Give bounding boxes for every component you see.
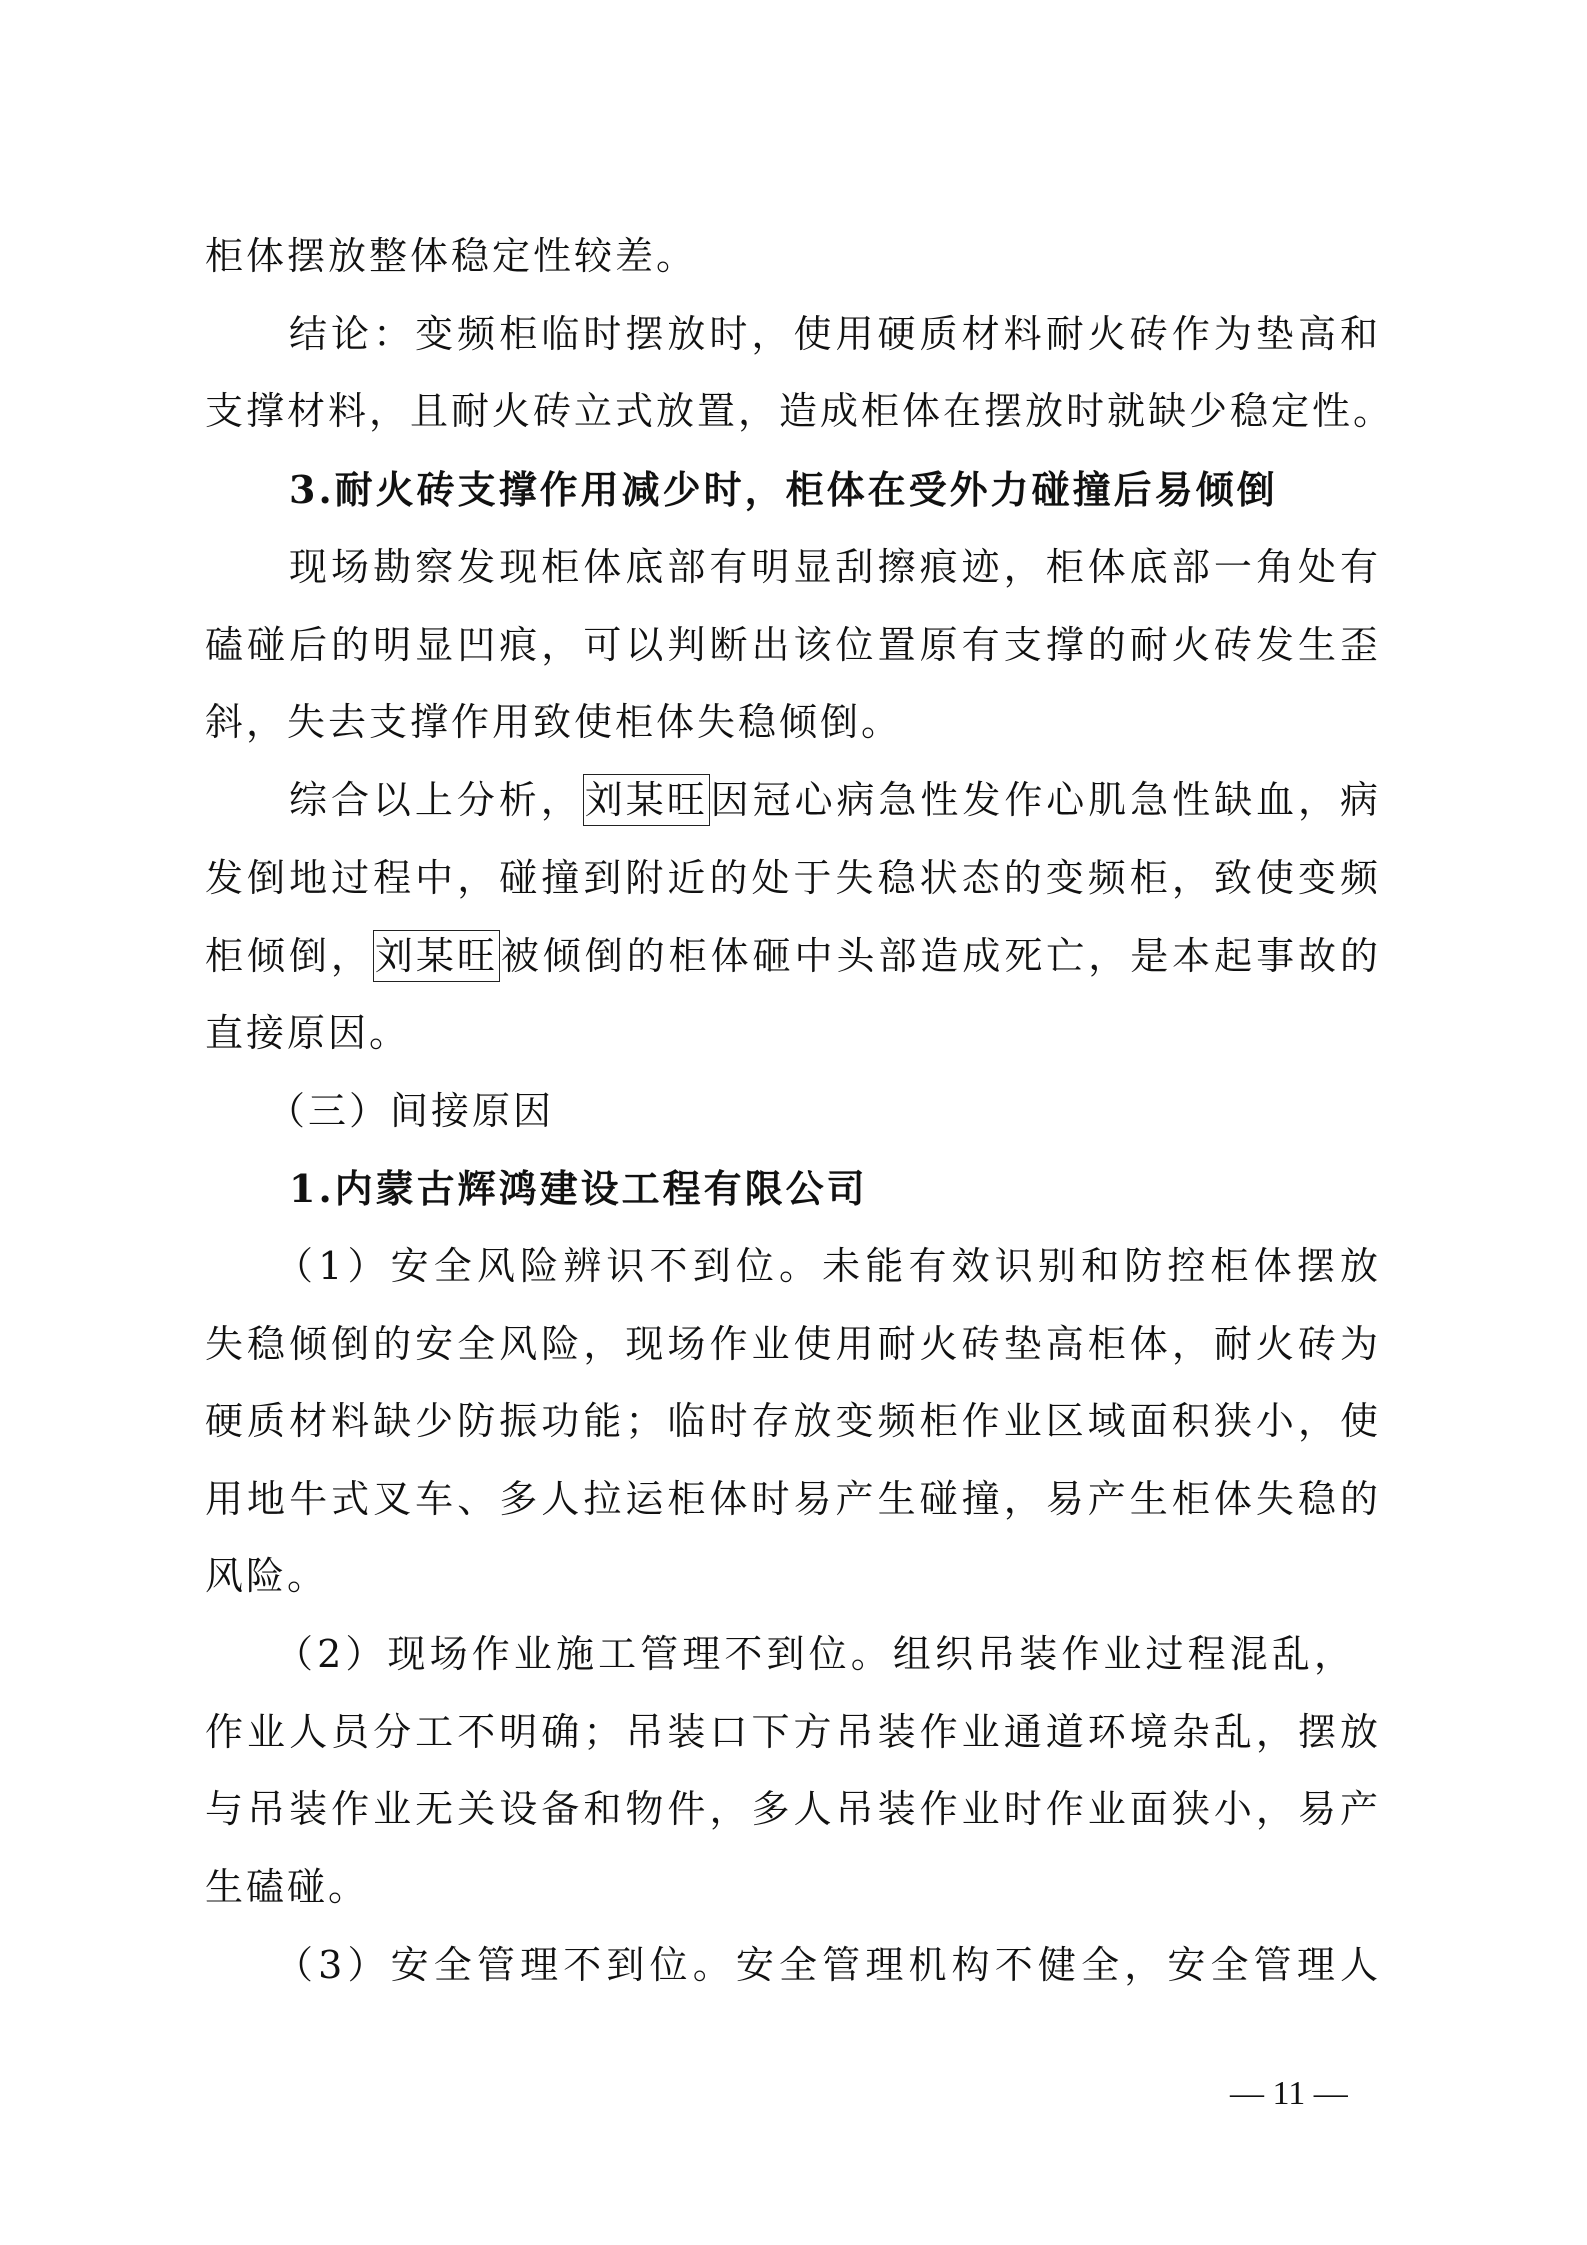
paragraph-line: 磕碰后的明显凹痕，可以判断出该位置原有支撑的耐火砖发生歪 bbox=[205, 607, 1381, 684]
section-heading-indirect-causes: （三）间接原因 bbox=[267, 1073, 554, 1150]
paragraph-line: 风险。 bbox=[205, 1538, 328, 1615]
page-number: — 11 — bbox=[1230, 2075, 1348, 2113]
paragraph-line: 硬质材料缺少防振功能；临时存放变频柜作业区域面积狭小，使 bbox=[205, 1383, 1381, 1460]
redacted-name-box: 刘某旺 bbox=[373, 930, 500, 982]
text-fragment: 被倾倒的柜体砸中头部造成死亡，是本起事故的 bbox=[500, 934, 1381, 978]
paragraph-line: 用地牛式叉车、多人拉运柜体时易产生碰撞，易产生柜体失稳的 bbox=[205, 1461, 1381, 1538]
paragraph-line-item-2: （2）现场作业施工管理不到位。组织吊装作业过程混乱， bbox=[275, 1616, 1355, 1693]
paragraph-line: 生磕碰。 bbox=[205, 1849, 369, 1926]
section-heading-3: 3.耐火砖支撑作用减少时，柜体在受外力碰撞后易倾倒 bbox=[289, 451, 1278, 528]
text-fragment: 综合以上分析， bbox=[289, 778, 583, 822]
subsection-heading-company: 1.内蒙古辉鸿建设工程有限公司 bbox=[289, 1150, 868, 1227]
paragraph-line: 直接原因。 bbox=[205, 995, 410, 1072]
text-fragment: 因冠心病急性发作心肌急性缺血，病 bbox=[710, 778, 1381, 822]
paragraph-line: 支撑材料，且耐火砖立式放置，造成柜体在摆放时就缺少稳定性。 bbox=[205, 373, 1381, 450]
paragraph-line: 现场勘察发现柜体底部有明显刮擦痕迹，柜体底部一角处有 bbox=[289, 529, 1381, 606]
paragraph-line: 柜倾倒，刘某旺被倾倒的柜体砸中头部造成死亡，是本起事故的 bbox=[205, 918, 1381, 995]
paragraph-line: 作业人员分工不明确；吊装口下方吊装作业通道环境杂乱，摆放 bbox=[205, 1694, 1381, 1771]
paragraph-line: 发倒地过程中，碰撞到附近的处于失稳状态的变频柜，致使变频 bbox=[205, 840, 1381, 917]
paragraph-line: 失稳倾倒的安全风险，现场作业使用耐火砖垫高柜体，耐火砖为 bbox=[205, 1306, 1381, 1383]
redacted-name-box: 刘某旺 bbox=[583, 774, 710, 826]
paragraph-line: 柜体摆放整体稳定性较差。 bbox=[205, 218, 697, 295]
text-fragment: 柜倾倒， bbox=[205, 934, 373, 978]
paragraph-line-item-3: （3）安全管理不到位。安全管理机构不健全，安全管理人 bbox=[275, 1927, 1381, 2004]
paragraph-line-item-1: （1）安全风险辨识不到位。未能有效识别和防控柜体摆放 bbox=[275, 1228, 1381, 1305]
paragraph-line-conclusion: 结论：变频柜临时摆放时，使用硬质材料耐火砖作为垫高和 bbox=[289, 296, 1381, 373]
paragraph-line-summary: 综合以上分析，刘某旺因冠心病急性发作心肌急性缺血，病 bbox=[289, 762, 1381, 839]
paragraph-line: 与吊装作业无关设备和物件，多人吊装作业时作业面狭小，易产 bbox=[205, 1771, 1381, 1848]
paragraph-line: 斜，失去支撑作用致使柜体失稳倾倒。 bbox=[205, 684, 902, 761]
